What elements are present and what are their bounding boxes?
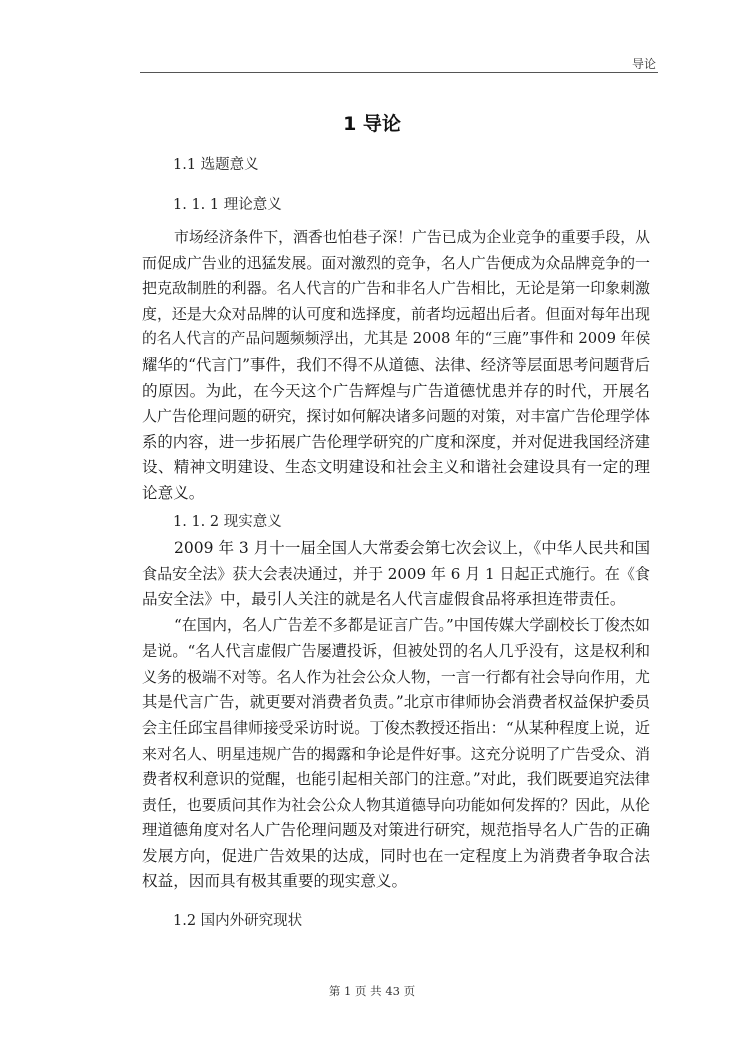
running-header: 导论	[632, 55, 656, 72]
text-line: 度，还是大众对品牌的认可度和选择度，前者均远超出后者。但面对每年出现	[142, 303, 650, 325]
text-line: 系的内容，进一步拓展广告伦理学研究的广度和深度，并对促进我国经济建	[142, 431, 650, 453]
section-heading-1-1: 1.1 选题意义	[173, 153, 259, 174]
section-heading-1-1-2: 1. 1. 2 现实意义	[173, 510, 282, 531]
text-line: 其是代言广告，就更要对消费者负责。”北京市律师协会消费者权益保护委员	[142, 691, 650, 713]
text-line: 市场经济条件下，酒香也怕巷子深！广告已成为企业竞争的重要手段，从	[174, 226, 650, 248]
text-line: 2009 年 3 月十一届全国人大常委会第七次会议上，《中华人民共和国	[174, 537, 650, 559]
text-line: 食品安全法》获大会表决通过，并于 2009 年 6 月 1 日起正式施行。在《食	[142, 563, 650, 585]
text-line: 费者权利意识的觉醒，也能引起相关部门的注意。”对此，我们既要追究法律	[142, 768, 650, 790]
text-line: 发展方向，促进广告效果的达成，同时也在一定程度上为消费者争取合法	[142, 845, 650, 867]
text-line: 是说。“名人代言虚假广告屡遭投诉，但被处罚的名人几乎没有，这是权利和	[142, 640, 650, 662]
document-page: 导论 1 导论 1.1 选题意义 1. 1. 1 理论意义 市场经济条件下，酒香…	[0, 0, 744, 1052]
text-line: 义务的极端不对等。名人作为社会公众人物，一言一行都有社会导向作用，尤	[142, 666, 650, 688]
text-line: 理道德角度对名人广告伦理问题及对策进行研究，规范指导名人广告的正确	[142, 819, 650, 841]
text-line: 耀华的“代言门”事件，我们不得不从道德、法律、经济等层面思考问题背后	[142, 354, 650, 376]
header-rule	[140, 72, 658, 73]
text-line: 设、精神文明建设、生态文明建设和社会主义和谐社会建设具有一定的理	[142, 456, 650, 478]
text-line: 的原因。为此，在今天这个广告辉煌与广告道德忧患并存的时代，开展名	[142, 380, 650, 402]
text-line: 会主任邱宝昌律师接受采访时说。丁俊杰教授还指出：“从某种程度上说，近	[142, 717, 650, 739]
text-line: 人广告伦理问题的研究，探讨如何解决诸多问题的对策，对丰富广告伦理学体	[142, 405, 650, 427]
section-heading-1-1-1: 1. 1. 1 理论意义	[173, 193, 282, 214]
text-line: 而促成广告业的迅猛发展。面对激烈的竞争，名人广告便成为众品牌竞争的一	[142, 252, 650, 274]
text-line: 把克敌制胜的利器。名人代言的广告和非名人广告相比，无论是第一印象刺激	[142, 277, 650, 299]
text-line: 的名人代言的产品问题频频浮出，尤其是 2008 年的“三鹿”事件和 2009 年…	[142, 328, 650, 350]
text-line: 来对名人、明星违规广告的揭露和争论是件好事。这充分说明了广告受众、消	[142, 743, 650, 765]
section-heading-1-2: 1.2 国内外研究现状	[173, 909, 302, 930]
page-number-footer: 第 1 页 共 43 页	[0, 983, 744, 999]
text-line: 责任，也要质问其作为社会公众人物其道德导向功能如何发挥的？因此，从伦	[142, 794, 650, 816]
chapter-title: 1 导论	[0, 109, 744, 136]
text-line: 论意义。	[142, 482, 650, 504]
text-line: 品安全法》中，最引人关注的就是名人代言虚假食品将承担连带责任。	[142, 588, 650, 610]
text-line: 权益，因而具有极其重要的现实意义。	[142, 870, 650, 892]
text-line: “在国内，名人广告差不多都是证言广告。”中国传媒大学副校长丁俊杰如	[174, 614, 650, 636]
